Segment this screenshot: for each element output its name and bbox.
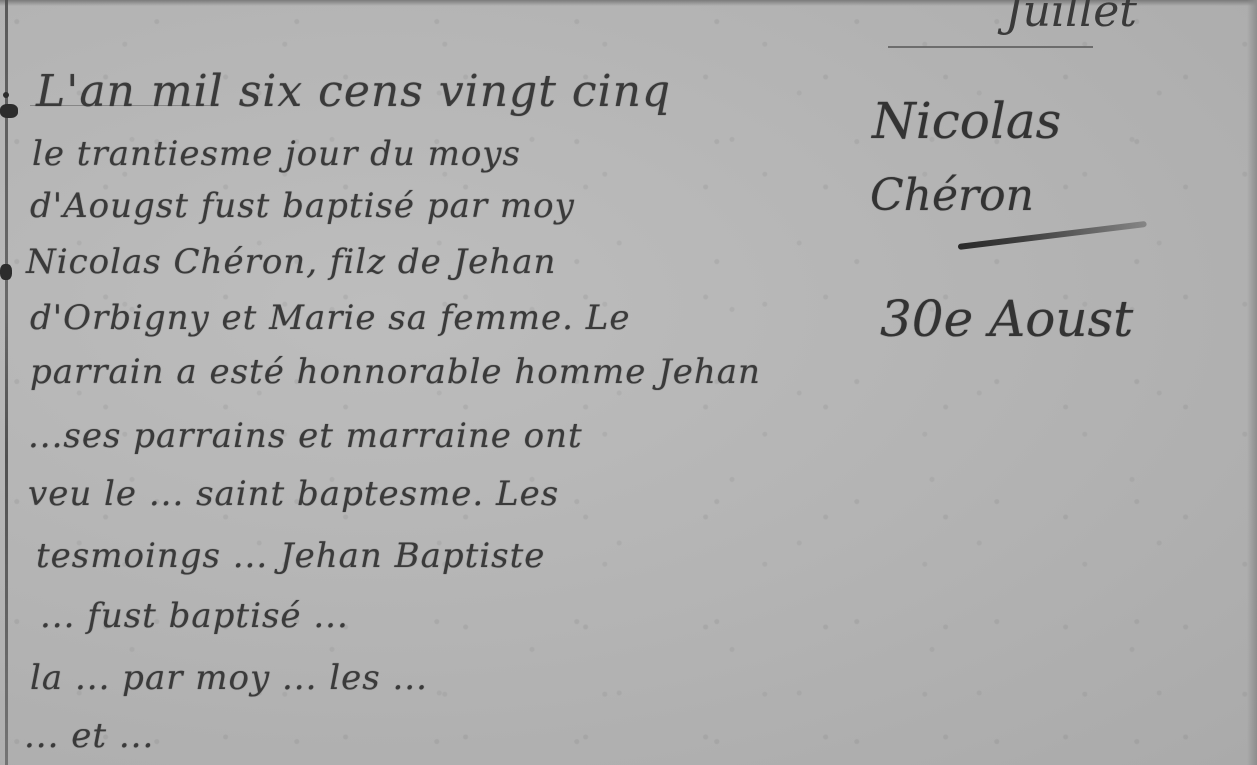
body-line-8: veu le ... saint baptesme. Les: [28, 474, 559, 514]
ink-blot: [0, 264, 12, 280]
body-line-7: ...ses parrains et marraine ont: [28, 416, 583, 456]
body-line-4: Nicolas Chéron, filz de Jehan: [26, 242, 556, 282]
body-line-9: tesmoings ... Jehan Baptiste: [36, 536, 545, 576]
ink-dot: [3, 92, 9, 98]
right-edge-shadow: [1247, 0, 1257, 765]
header-month-fragment: Juillet: [1005, 0, 1137, 37]
body-line-6: parrain a esté honnorable homme Jehan: [30, 352, 761, 392]
body-line-12: ... et ...: [24, 716, 154, 756]
manuscript-page: Juillet Nicolas Chéron 30e Aoust L'an mi…: [0, 0, 1257, 765]
body-line-10: ... fust baptisé ...: [40, 596, 349, 636]
body-line-3: d'Aougst fust baptisé par moy: [30, 186, 575, 226]
body-line-2: le trantiesme jour du moys: [32, 134, 521, 174]
pen-stroke-divider: [958, 221, 1147, 250]
body-line-11: la ... par moy ... les ...: [30, 658, 428, 698]
margin-name-first: Nicolas: [872, 92, 1061, 150]
header-underline: [888, 46, 1093, 48]
ink-blot: [0, 104, 18, 118]
body-line-1: L'an mil six cens vingt cinq: [36, 66, 671, 117]
margin-date: 30e Aoust: [880, 290, 1133, 348]
margin-name-last: Chéron: [870, 170, 1034, 221]
body-line-5: d'Orbigny et Marie sa femme. Le: [30, 298, 630, 338]
